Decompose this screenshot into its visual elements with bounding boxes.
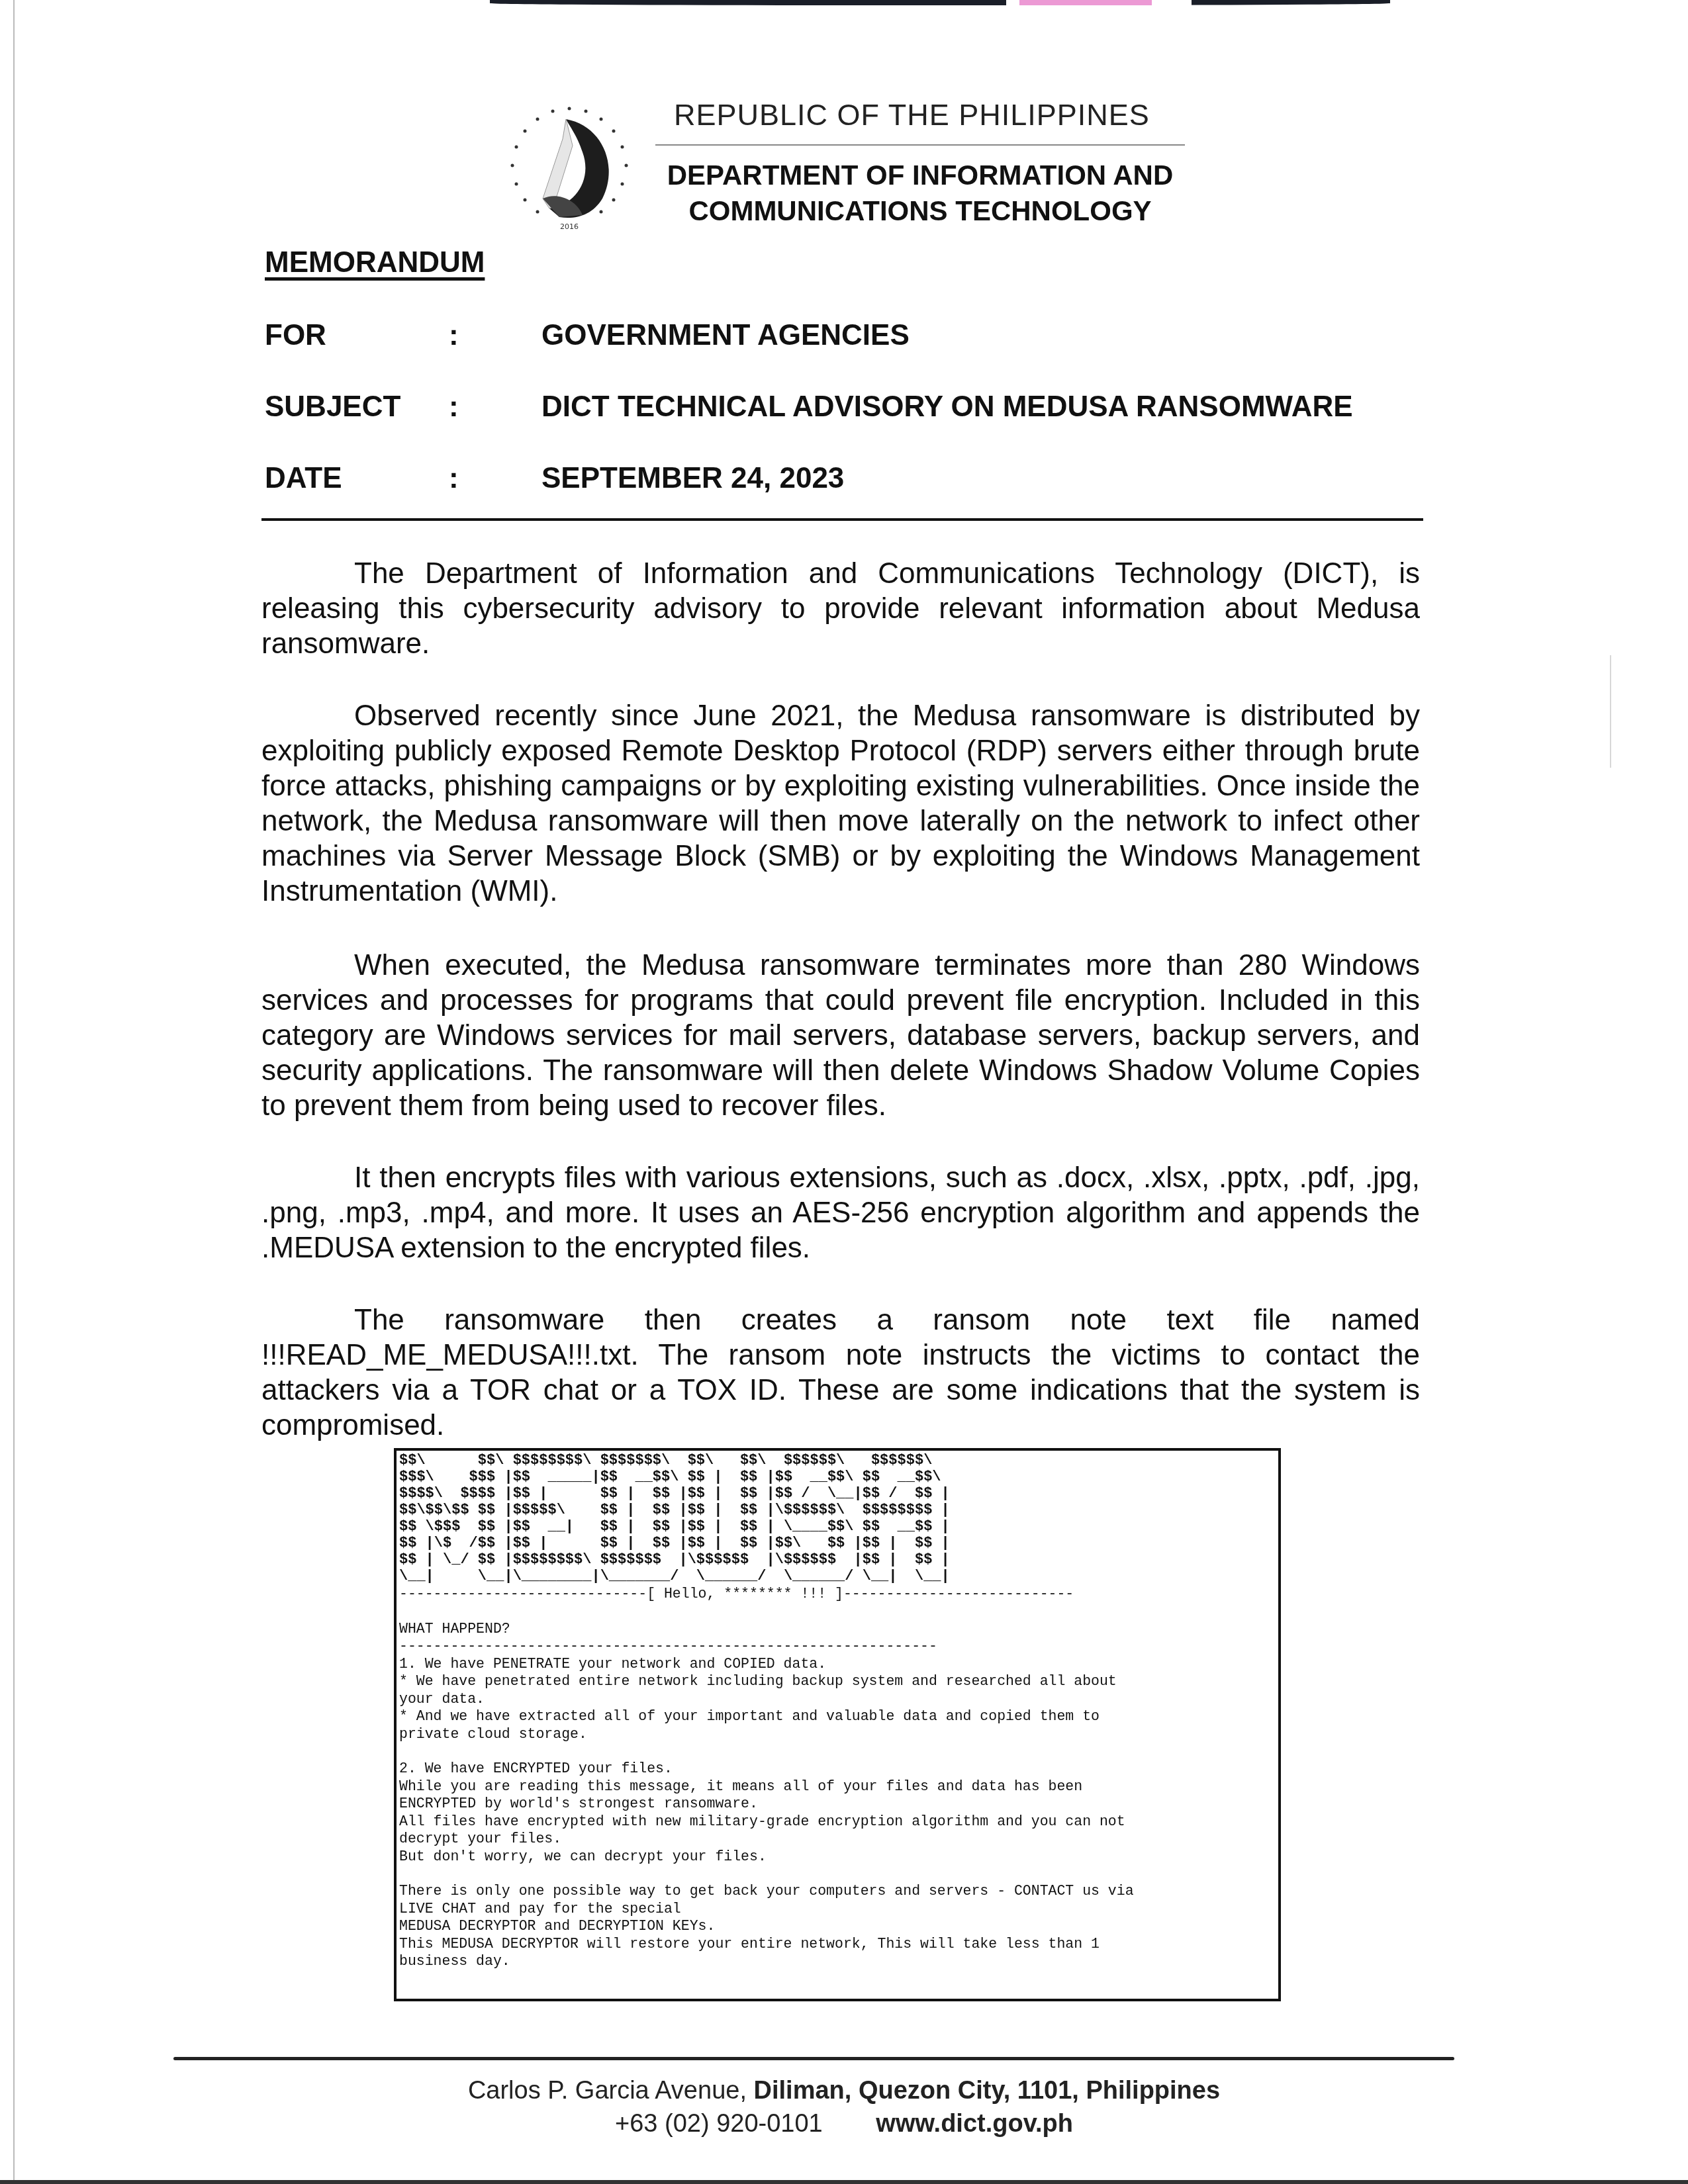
paragraph-intro: The Department of Information and Commun… [261, 556, 1420, 661]
scan-bottom-edge [0, 2180, 1688, 2184]
note-line: While you are reading this message, it m… [399, 1778, 1276, 1796]
note-line: your data. [399, 1691, 1276, 1709]
hello-line: -----------------------------[ Hello, **… [399, 1586, 1276, 1604]
field-value: SEPTEMBER 24, 2023 [541, 462, 844, 495]
note-line [399, 1743, 1276, 1760]
memo-heading: MEMORANDUM [265, 246, 485, 279]
note-section-title: WHAT HAPPEND? [399, 1621, 1276, 1639]
address-city: Diliman, Quezon City, 1101, Philippines [754, 2077, 1221, 2105]
note-line: decrypt your files. [399, 1831, 1276, 1848]
note-line: This MEDUSA DECRYPTOR will restore your … [399, 1936, 1276, 1954]
note-line: All files have encrypted with new milita… [399, 1813, 1276, 1831]
field-label: SUBJECT [265, 390, 410, 424]
country-name: REPUBLIC OF THE PHILIPPINES [674, 98, 1150, 132]
note-line [399, 1866, 1276, 1883]
paragraph-text: When executed, the Medusa ransomware ter… [261, 949, 1420, 1122]
dict-seal-icon: 2016 [503, 99, 635, 232]
note-line: ENCRYPTED by world's strongest ransomwar… [399, 1796, 1276, 1813]
note-divider: ----------------------------------------… [399, 1638, 1276, 1656]
scan-stamp-mark [1006, 0, 1192, 7]
field-label: FOR [265, 319, 410, 352]
note-line: private cloud storage. [399, 1726, 1276, 1744]
field-separator: : [449, 319, 459, 352]
paragraph-ransom-note: The ransomware then creates a ransom not… [261, 1302, 1420, 1443]
paragraph-encryption: It then encrypts files with various exte… [261, 1160, 1420, 1265]
note-line: * We have penetrated entire network incl… [399, 1673, 1276, 1691]
field-value: GOVERNMENT AGENCIES [541, 319, 910, 352]
medusa-ascii-banner: $$\ $$\ $$$$$$$$\ $$$$$$$\ $$\ $$\ $$$$$… [399, 1452, 1276, 1584]
paragraph-execution: When executed, the Medusa ransomware ter… [261, 948, 1420, 1123]
scan-left-edge [13, 0, 15, 2184]
field-label: DATE [265, 462, 410, 495]
paragraph-text: Observed recently since June 2021, the M… [261, 700, 1420, 907]
paragraph-text: The Department of Information and Commun… [261, 557, 1420, 660]
scan-mark [1610, 655, 1611, 768]
note-line: But don't worry, we can decrypt your fil… [399, 1848, 1276, 1866]
note-line: MEDUSA DECRYPTOR and DECRYPTION KEYs. [399, 1918, 1276, 1936]
paragraph-text: It then encrypts files with various exte… [261, 1161, 1420, 1264]
note-line: 2. We have ENCRYPTED your files. [399, 1760, 1276, 1778]
department-line-1: DEPARTMENT OF INFORMATION AND [655, 158, 1185, 193]
footer-website-link[interactable]: www.dict.gov.ph [876, 2110, 1073, 2138]
note-line: There is only one possible way to get ba… [399, 1883, 1276, 1901]
letterhead-divider [655, 144, 1185, 146]
svg-text:2016: 2016 [560, 222, 579, 231]
department-name: DEPARTMENT OF INFORMATION AND COMMUNICAT… [655, 158, 1185, 229]
field-separator: : [449, 462, 459, 495]
department-line-2: COMMUNICATIONS TECHNOLOGY [655, 193, 1185, 229]
address-text: Carlos P. Garcia Avenue, [468, 2077, 754, 2105]
header-divider [261, 518, 1423, 521]
scan-top-edge [490, 0, 1390, 5]
footer-divider [173, 2057, 1454, 2060]
note-line: 1. We have PENETRATE your network and CO… [399, 1656, 1276, 1674]
paragraph-distribution: Observed recently since June 2021, the M… [261, 698, 1420, 909]
note-line: * And we have extracted all of your impo… [399, 1708, 1276, 1726]
note-body: 1. We have PENETRATE your network and CO… [399, 1656, 1276, 1971]
field-separator: : [449, 390, 459, 424]
paragraph-text: The ransomware then creates a ransom not… [261, 1304, 1420, 1441]
footer-contact: +63 (02) 920-0101 www.dict.gov.ph [0, 2110, 1688, 2138]
ransom-note-screenshot: $$\ $$\ $$$$$$$$\ $$$$$$$\ $$\ $$\ $$$$$… [394, 1448, 1281, 2001]
footer-address: Carlos P. Garcia Avenue, Diliman, Quezon… [0, 2077, 1688, 2105]
footer-phone: +63 (02) 920-0101 [615, 2110, 823, 2138]
note-line: business day. [399, 1953, 1276, 1971]
note-line: LIVE CHAT and pay for the special [399, 1901, 1276, 1919]
field-value: DICT TECHNICAL ADVISORY ON MEDUSA RANSOM… [541, 390, 1353, 424]
